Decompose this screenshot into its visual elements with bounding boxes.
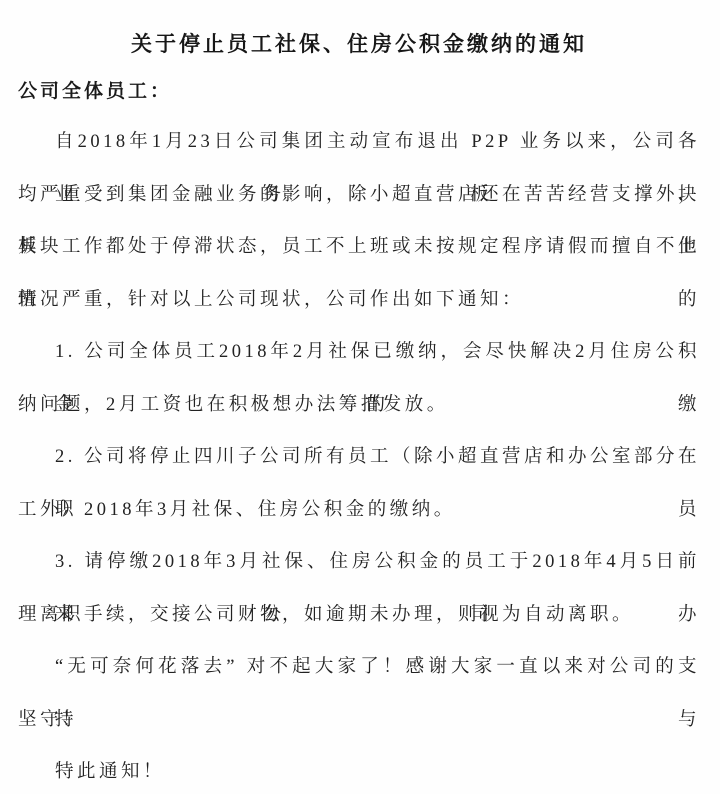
notice-line: 2. 公司将停止四川子公司所有员工（除小超直营店和办公室部分在职员 [18,431,700,484]
notice-line: “无可奈何花落去” 对不起大家了！感谢大家一直以来对公司的支持与 [18,641,700,694]
notice-line: 3. 请停缴2018年3月社保、住房公积金的员工于2018年4月5日前来公司办 [18,536,700,589]
notice-line: 理离职手续，交接公司财物，如逾期未办理，则视为自动离职。 [18,589,700,642]
notice-page: 关于停止员工社保、住房公积金缴纳的通知 公司全体员工： 自2018年1月23日公… [0,0,720,794]
notice-line: 1. 公司全体员工2018年2月社保已缴纳，会尽快解决2月住房公积金的缴 [18,326,700,379]
notice-line: 均严重受到集团金融业务的影响，除小超直营店还在苦苦经营支撑外，其他 [18,169,700,222]
notice-body: 自2018年1月23日公司集团主动宣布退出 P2P 业务以来，公司各业务板块 均… [18,116,700,794]
salutation: 公司全体员工： [18,58,700,104]
notice-line: 特此通知！ [18,746,700,794]
notice-line: 自2018年1月23日公司集团主动宣布退出 P2P 业务以来，公司各业务板块 [18,116,700,169]
notice-title: 关于停止员工社保、住房公积金缴纳的通知 [18,0,700,58]
notice-line: 板块工作都处于停滞状态，员工不上班或未按规定程序请假而擅自不上班的 [18,221,700,274]
